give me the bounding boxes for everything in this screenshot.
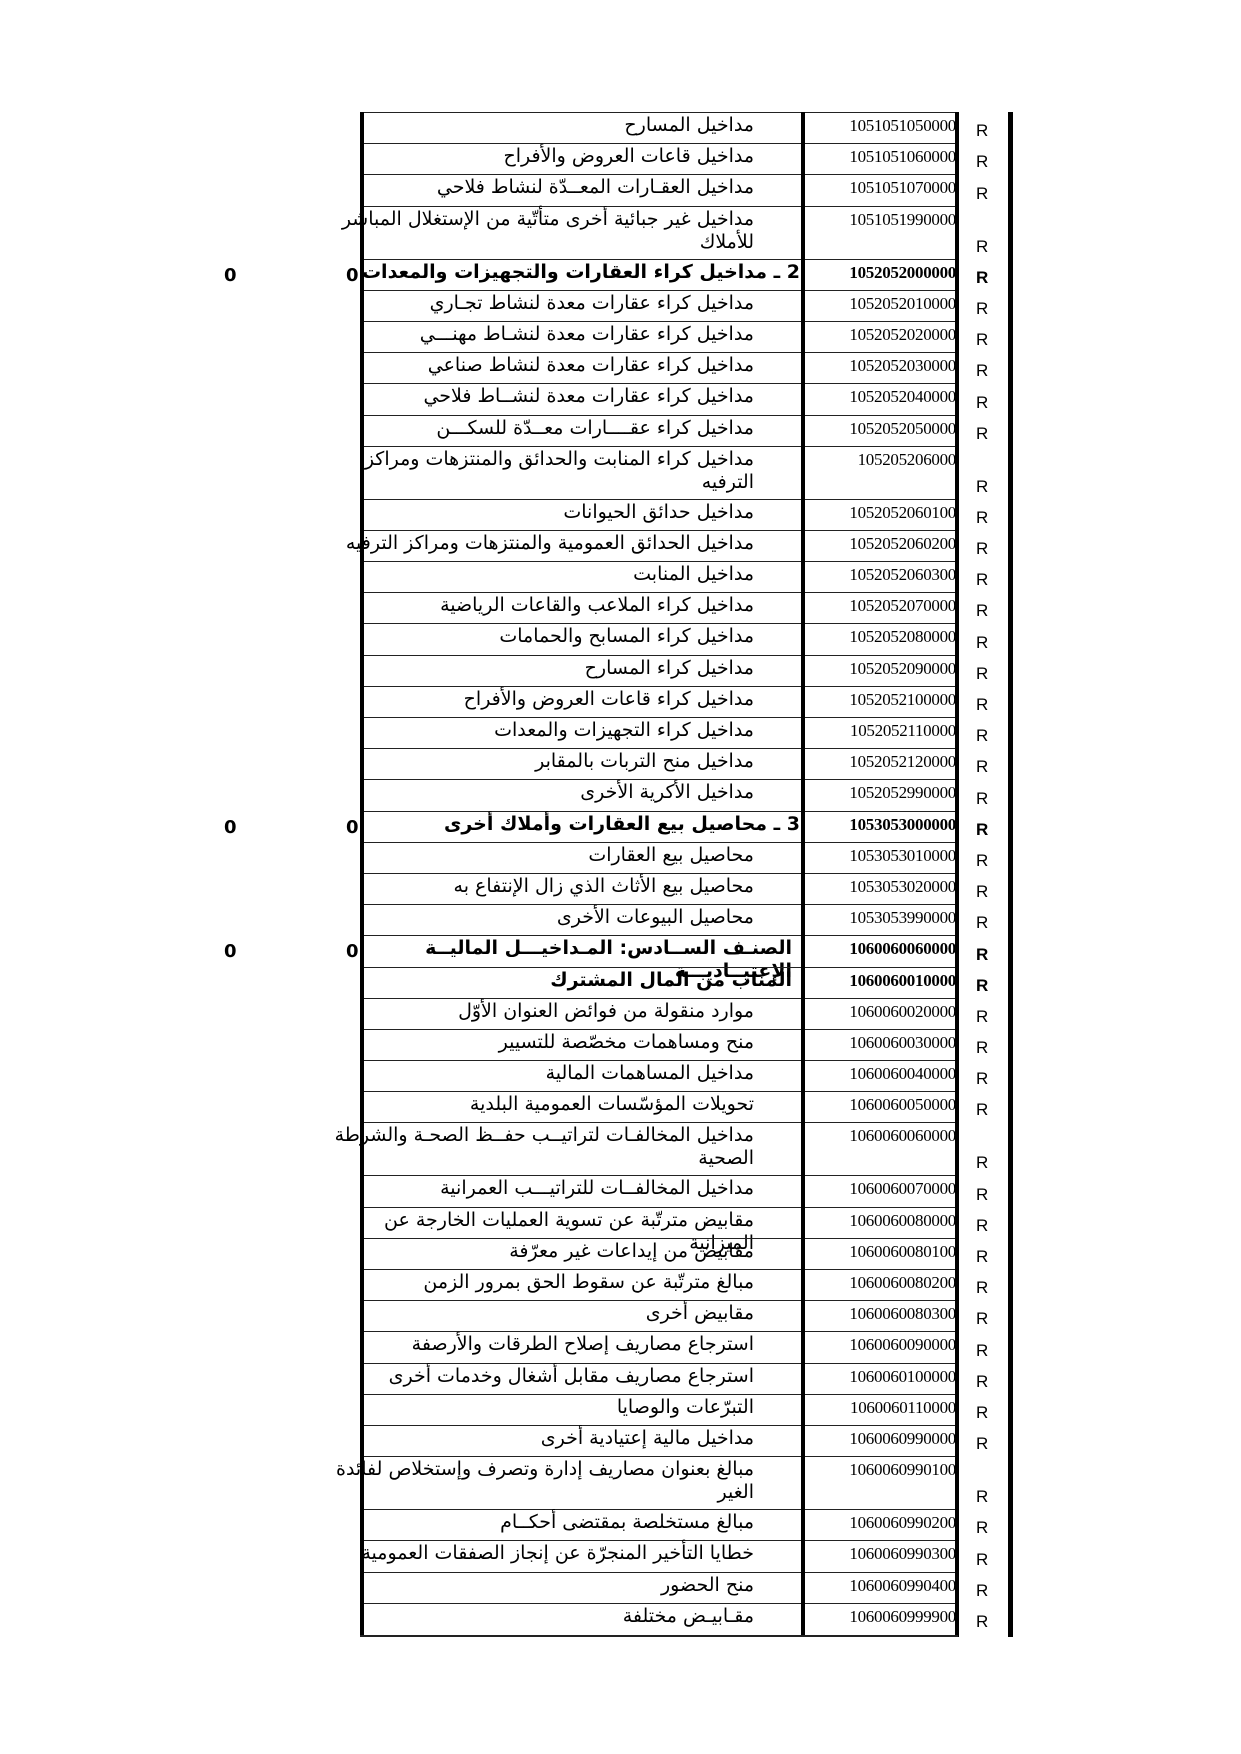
row-code: 1060060990300 — [849, 1544, 956, 1564]
code-cell: 1060060040000 — [804, 1060, 958, 1091]
row-flag: R — [976, 1518, 988, 1538]
row-flag: R — [976, 1403, 988, 1423]
label-cell: 2 ـ مداخيل كراء العقارات والتجهيزات والم… — [362, 259, 802, 290]
code-cell: 1060060110000 — [804, 1394, 958, 1425]
row-code: 1060060990400 — [849, 1576, 956, 1596]
table-row: مداخيل كراء عقارات معدة لنشاط تجـاري 105… — [0, 290, 1241, 321]
code-cell: 1060060020000 — [804, 998, 958, 1029]
row-code: 1060060010000 — [849, 971, 956, 991]
label-cell: مقابيض من إيداعات غير معرّفة — [362, 1238, 802, 1269]
row-code: 1052052040000 — [849, 387, 956, 407]
row-label: مداخيل كراء عقارات معدة لنشــاط فلاحي — [334, 385, 754, 408]
row-label: منح الحضور — [334, 1574, 754, 1597]
row-flag: R — [976, 184, 988, 204]
table-row: مداخيل المخالفــات للتراتيـــب العمرانية… — [0, 1175, 1241, 1206]
table-row: مداخيل مالية إعتيادية أخرى 1060060990000… — [0, 1425, 1241, 1456]
row-flag: R — [976, 1153, 988, 1173]
row-label: مداخيل المخالفـات لتراتيــب حفــظ الصحـة… — [334, 1124, 754, 1170]
row-code: 1060060080300 — [849, 1304, 956, 1324]
code-cell: 1051051990000 — [804, 206, 958, 259]
row-label: مداخيل كراء الملاعب والقاعات الرياضية — [334, 594, 754, 617]
row-flag: R — [976, 1278, 988, 1298]
code-cell: 1053053990000 — [804, 904, 958, 935]
table-row: مداخيل حدائق الحيوانات 1052052060100 R — [0, 499, 1241, 530]
table-row: مقابيض من إيداعات غير معرّفة 10600600801… — [0, 1238, 1241, 1269]
label-cell: مداخيل منح التربات بالمقابر — [362, 748, 802, 779]
row-flag: R — [976, 1487, 988, 1507]
row-flag: R — [976, 237, 988, 257]
label-cell: مداخيل غير جبائية أخرى متأتّية من الإستغ… — [362, 206, 802, 259]
row-flag: R — [976, 1100, 988, 1120]
row-code: 1060060040000 — [849, 1064, 956, 1084]
row-label: مداخيل غير جبائية أخرى متأتّية من الإستغ… — [334, 208, 754, 254]
code-cell: 1053053020000 — [804, 873, 958, 904]
label-cell: محاصيل البيوعات الأخرى — [362, 904, 802, 935]
row-code: 1060060080200 — [849, 1273, 956, 1293]
subtotal-zero: 0 — [346, 941, 359, 962]
table-row: مداخيل كراء عقــــارات معــدّة للسكـــن … — [0, 415, 1241, 446]
subtotal-zero: 0 — [224, 817, 237, 838]
row-label: محاصيل بيع الأثاث الذي زال الإنتفاع به — [334, 875, 754, 898]
row-code: 1053053020000 — [849, 877, 956, 897]
row-flag: R — [976, 299, 988, 319]
row-flag: R — [976, 633, 988, 653]
table-row: مداخيل المنابت 1052052060300 R — [0, 561, 1241, 592]
row-flag: R — [976, 1216, 988, 1236]
code-cell: 1051051050000 — [804, 112, 958, 143]
row-label: منح ومساهمات مخصّصة للتسيير — [334, 1031, 754, 1054]
table-row: مداخيل منح التربات بالمقابر 105205212000… — [0, 748, 1241, 779]
code-cell: 1060060080300 — [804, 1300, 958, 1331]
table-row: التبرّعات والوصايا 1060060110000 R — [0, 1394, 1241, 1425]
label-cell: منح الحضور — [362, 1572, 802, 1603]
table-row: استرجاع مصاريف مقابل أشغال وخدمات أخرى 1… — [0, 1363, 1241, 1394]
row-flag: R — [976, 1550, 988, 1570]
row-label: مداخيل المسارح — [334, 114, 754, 137]
row-flag: R — [976, 1581, 988, 1601]
row-label: المناب من المال المشترك — [352, 969, 792, 992]
row-flag: R — [976, 1069, 988, 1089]
row-code: 1060060060000 — [849, 1126, 956, 1146]
row-label: مداخيل كراء عقارات معدة لنشاط تجـاري — [334, 292, 754, 315]
row-label: التبرّعات والوصايا — [334, 1396, 754, 1419]
code-cell: 1051051070000 — [804, 174, 958, 205]
row-flag: R — [976, 1309, 988, 1329]
row-flag: R — [976, 508, 988, 528]
row-code: 1051051060000 — [849, 147, 956, 167]
row-flag: R — [976, 1434, 988, 1454]
code-cell: 1060060990400 — [804, 1572, 958, 1603]
row-label: مداخيل كراء عقــــارات معــدّة للسكـــن — [334, 417, 754, 440]
row-code: 1052052110000 — [850, 721, 956, 741]
row-code: 1052052050000 — [849, 419, 956, 439]
row-label: مقابيض أخرى — [334, 1302, 754, 1325]
table-row: مبالغ مستخلصة بمقتضى أحكــام 10600609902… — [0, 1509, 1241, 1540]
row-label: محاصيل البيوعات الأخرى — [334, 906, 754, 929]
row-flag: R — [976, 121, 988, 141]
code-cell: 1060060010000 — [804, 967, 958, 998]
label-cell: مقابيض أخرى — [362, 1300, 802, 1331]
row-flag: R — [976, 570, 988, 590]
row-code: 1052052090000 — [849, 659, 956, 679]
row-flag: R — [976, 1007, 988, 1027]
label-cell: مداخيل كراء عقارات معدة لنشاط تجـاري — [362, 290, 802, 321]
code-cell: 1060060030000 — [804, 1029, 958, 1060]
row-label: مبالغ مستخلصة بمقتضى أحكــام — [334, 1511, 754, 1534]
row-code: 1052052020000 — [849, 325, 956, 345]
subtotal-zero: 0 — [224, 265, 237, 286]
table-row: خطايا التأخير المنجرّة عن إنجاز الصفقات … — [0, 1540, 1241, 1571]
row-code: 1060060110000 — [850, 1398, 956, 1418]
table-row: مداخيل كراء المسابح والحمامات 1052052080… — [0, 623, 1241, 654]
label-cell: محاصيل بيع الأثاث الذي زال الإنتفاع به — [362, 873, 802, 904]
row-flag: R — [976, 330, 988, 350]
label-cell: مبالغ مترتّبة عن سقوط الحق بمرور الزمن — [362, 1269, 802, 1300]
row-code: 1060060050000 — [849, 1095, 956, 1115]
row-flag: R — [976, 726, 988, 746]
row-flag: R — [976, 393, 988, 413]
code-cell: 1052052020000 — [804, 321, 958, 352]
code-cell: 1060060070000 — [804, 1175, 958, 1206]
subtotal-zero: 0 — [346, 265, 359, 286]
row-code: 1060060080100 — [849, 1242, 956, 1262]
table-row: مداخيل كراء عقارات معدة لنشــاط فلاحي 10… — [0, 383, 1241, 414]
label-cell: مداخيل المساهمات المالية — [362, 1060, 802, 1091]
label-cell: مبالغ بعنوان مصاريف إدارة وتصرف وإستخلاص… — [362, 1456, 802, 1509]
row-flag: R — [976, 268, 988, 288]
table-row: مداخيل كراء عقارات معدة لنشـاط مهنـــي 1… — [0, 321, 1241, 352]
table-row: 3 ـ محاصيل بيع العقارات وأملاك أخرى 1053… — [0, 811, 1241, 842]
label-cell: مداخيل المنابت — [362, 561, 802, 592]
table-row: مداخيل المساهمات المالية 1060060040000 R — [0, 1060, 1241, 1091]
row-label: خطايا التأخير المنجرّة عن إنجاز الصفقات … — [334, 1542, 754, 1565]
label-cell: الصنـف الســادس: المـداخيـــل الماليــة … — [362, 935, 802, 966]
row-code: 1051051050000 — [849, 116, 956, 136]
code-cell: 1052052070000 — [804, 592, 958, 623]
code-cell: 1060060050000 — [804, 1091, 958, 1122]
row-code: 1052052030000 — [849, 356, 956, 376]
code-cell: 1052052080000 — [804, 623, 958, 654]
table-row: مبالغ بعنوان مصاريف إدارة وتصرف وإستخلاص… — [0, 1456, 1241, 1509]
row-label: مداخيل كراء المنابت والحدائق والمنتزهات … — [334, 448, 754, 494]
label-cell: مداخيل الأكرية الأخرى — [362, 779, 802, 810]
row-label: مداخيل كراء المسارح — [334, 657, 754, 680]
code-cell: 1060060080000 — [804, 1207, 958, 1238]
row-label: مقـابيـض مختلفة — [334, 1605, 754, 1628]
row-flag: R — [976, 851, 988, 871]
code-cell: 1052052090000 — [804, 655, 958, 686]
row-code: 1060060080000 — [849, 1211, 956, 1231]
row-flag: R — [976, 945, 988, 965]
row-code: 1052052120000 — [849, 752, 956, 772]
table-row: مبالغ مترتّبة عن سقوط الحق بمرور الزمن 1… — [0, 1269, 1241, 1300]
row-code: 1060060030000 — [849, 1033, 956, 1053]
row-label: مداخيل كراء قاعات العروض والأفراح — [334, 688, 754, 711]
row-flag: R — [976, 664, 988, 684]
row-code: 1052052060100 — [849, 503, 956, 523]
table-row: 2 ـ مداخيل كراء العقارات والتجهيزات والم… — [0, 259, 1241, 290]
code-cell: 1051051060000 — [804, 143, 958, 174]
row-flag: R — [976, 695, 988, 715]
code-cell: 1052052050000 — [804, 415, 958, 446]
label-cell: مداخيل المخالفـات لتراتيــب حفــظ الصحـة… — [362, 1122, 802, 1175]
code-cell: 1052052010000 — [804, 290, 958, 321]
table-row: مداخيل غير جبائية أخرى متأتّية من الإستغ… — [0, 206, 1241, 259]
row-flag: R — [976, 820, 988, 840]
table-row: مقـابيـض مختلفة 1060060999900 R — [0, 1603, 1241, 1634]
row-label: مداخيل حدائق الحيوانات — [334, 501, 754, 524]
code-cell: 1052052120000 — [804, 748, 958, 779]
code-cell: 1052052030000 — [804, 352, 958, 383]
row-code: 1053053010000 — [849, 846, 956, 866]
row-code: 1052052990000 — [849, 783, 956, 803]
row-flag: R — [976, 152, 988, 172]
row-code: 1060060990100 — [849, 1460, 956, 1480]
code-cell: 1052052040000 — [804, 383, 958, 414]
label-cell: تحويلات المؤسّسات العمومية البلدية — [362, 1091, 802, 1122]
row-code: 1060060020000 — [849, 1002, 956, 1022]
row-code: 1053053990000 — [849, 908, 956, 928]
table-row: مداخيل الأكرية الأخرى 1052052990000 R — [0, 779, 1241, 810]
row-flag: R — [976, 1612, 988, 1632]
row-label: 3 ـ محاصيل بيع العقارات وأملاك أخرى — [360, 813, 800, 836]
row-flag: R — [976, 882, 988, 902]
row-label: مقابيض من إيداعات غير معرّفة — [334, 1240, 754, 1263]
code-cell: 1053053000000 — [804, 811, 958, 842]
row-code: 1052052080000 — [849, 627, 956, 647]
code-cell: 1060060990100 — [804, 1456, 958, 1509]
table-row: محاصيل بيع العقارات 1053053010000 R — [0, 842, 1241, 873]
row-label: استرجاع مصاريف مقابل أشغال وخدمات أخرى — [334, 1365, 754, 1388]
row-flag: R — [976, 601, 988, 621]
table-row: مداخيل المخالفـات لتراتيــب حفــظ الصحـة… — [0, 1122, 1241, 1175]
code-cell: 1060060999900 — [804, 1603, 958, 1634]
row-label: مداخيل كراء المسابح والحمامات — [334, 625, 754, 648]
row-flag: R — [976, 757, 988, 777]
label-cell: مداخيل المخالفــات للتراتيـــب العمرانية — [362, 1175, 802, 1206]
row-label: مبالغ مترتّبة عن سقوط الحق بمرور الزمن — [334, 1271, 754, 1294]
label-cell: مقابيض مترتّبة عن تسوية العمليات الخارجة… — [362, 1207, 802, 1238]
label-cell: مداخيل قاعات العروض والأفراح — [362, 143, 802, 174]
label-code-divider — [801, 112, 805, 1637]
label-cell: مداخيل كراء عقارات معدة لنشــاط فلاحي — [362, 383, 802, 414]
row-label: مبالغ بعنوان مصاريف إدارة وتصرف وإستخلاص… — [334, 1458, 754, 1504]
row-flag: R — [976, 789, 988, 809]
table-row: مقابيض مترتّبة عن تسوية العمليات الخارجة… — [0, 1207, 1241, 1238]
label-cell: مداخيل الحدائق العمومية والمنتزهات ومراك… — [362, 530, 802, 561]
code-cell: 1060060090000 — [804, 1331, 958, 1362]
code-cell: 1052052060300 — [804, 561, 958, 592]
code-cell: 1052052110000 — [804, 717, 958, 748]
row-flag: R — [976, 1038, 988, 1058]
code-cell: 1060060060000 — [804, 1122, 958, 1175]
subtotal-zero: 0 — [224, 941, 237, 962]
table-row: مداخيل كراء المنابت والحدائق والمنتزهات … — [0, 446, 1241, 499]
row-label: مداخيل المخالفــات للتراتيـــب العمرانية — [334, 1177, 754, 1200]
table-row: محاصيل البيوعات الأخرى 1053053990000 R — [0, 904, 1241, 935]
label-cell: مداخيل كراء عقــــارات معــدّة للسكـــن — [362, 415, 802, 446]
row-code: 1060060990200 — [849, 1513, 956, 1533]
row-label: تحويلات المؤسّسات العمومية البلدية — [334, 1093, 754, 1116]
label-cell: مداخيل كراء التجهيزات والمعدات — [362, 717, 802, 748]
row-label: مداخيل كراء التجهيزات والمعدات — [334, 719, 754, 742]
label-cell: المناب من المال المشترك — [362, 967, 802, 998]
table-row: مداخيل العقـارات المعــدّة لنشاط فلاحي 1… — [0, 174, 1241, 205]
table-row: مقابيض أخرى 1060060080300 R — [0, 1300, 1241, 1331]
label-cell: محاصيل بيع العقارات — [362, 842, 802, 873]
label-cell: مداخيل كراء المسارح — [362, 655, 802, 686]
label-cell: مداخيل المسارح — [362, 112, 802, 143]
code-cell: 1052052000000 — [804, 259, 958, 290]
table-row: مداخيل قاعات العروض والأفراح 10510510600… — [0, 143, 1241, 174]
code-cell: 1060060990200 — [804, 1509, 958, 1540]
table-row: الصنـف الســادس: المـداخيـــل الماليــة … — [0, 935, 1241, 966]
row-code: 1052052010000 — [849, 294, 956, 314]
label-cell: مبالغ مستخلصة بمقتضى أحكــام — [362, 1509, 802, 1540]
table-row: مداخيل المسارح 1051051050000 R — [0, 112, 1241, 143]
code-cell: 1060060990000 — [804, 1425, 958, 1456]
row-code: 1051051990000 — [849, 210, 956, 230]
row-code: 1060060060000 — [849, 939, 956, 959]
label-cell: منح ومساهمات مخصّصة للتسيير — [362, 1029, 802, 1060]
label-cell: 3 ـ محاصيل بيع العقارات وأملاك أخرى — [362, 811, 802, 842]
label-cell: مداخيل كراء عقارات معدة لنشاط صناعي — [362, 352, 802, 383]
row-code: 105205206000 — [858, 450, 956, 470]
row-code: 1052052100000 — [849, 690, 956, 710]
row-code: 1060060990000 — [849, 1429, 956, 1449]
label-cell: خطايا التأخير المنجرّة عن إنجاز الصفقات … — [362, 1540, 802, 1571]
row-label: مداخيل قاعات العروض والأفراح — [334, 145, 754, 168]
row-label: مداخيل منح التربات بالمقابر — [334, 750, 754, 773]
row-code: 1052052070000 — [849, 596, 956, 616]
label-cell: مداخيل حدائق الحيوانات — [362, 499, 802, 530]
label-cell: مداخيل كراء عقارات معدة لنشـاط مهنـــي — [362, 321, 802, 352]
label-cell: مداخيل العقـارات المعــدّة لنشاط فلاحي — [362, 174, 802, 205]
row-flag: R — [976, 424, 988, 444]
label-cell: مقـابيـض مختلفة — [362, 1603, 802, 1634]
table-row: مداخيل كراء عقارات معدة لنشاط صناعي 1052… — [0, 352, 1241, 383]
code-cell: 1060060060000 — [804, 935, 958, 966]
code-column-right-border — [955, 112, 959, 1637]
row-label: موارد منقولة من فوائض العنوان الأوّل — [334, 1000, 754, 1023]
table-row: منح ومساهمات مخصّصة للتسيير 106006003000… — [0, 1029, 1241, 1060]
label-cell: مداخيل كراء المنابت والحدائق والمنتزهات … — [362, 446, 802, 499]
code-cell: 105205206000 — [804, 446, 958, 499]
row-flag: R — [976, 976, 988, 996]
label-cell: مداخيل كراء قاعات العروض والأفراح — [362, 686, 802, 717]
code-cell: 1060060080200 — [804, 1269, 958, 1300]
label-cell: التبرّعات والوصايا — [362, 1394, 802, 1425]
label-cell: استرجاع مصاريف إصلاح الطرقات والأرصفة — [362, 1331, 802, 1362]
table-row: مداخيل كراء المسارح 1052052090000 R — [0, 655, 1241, 686]
row-label: محاصيل بيع العقارات — [334, 844, 754, 867]
row-label: مداخيل كراء عقارات معدة لنشـاط مهنـــي — [334, 323, 754, 346]
row-code: 1060060100000 — [849, 1367, 956, 1387]
table-row: استرجاع مصاريف إصلاح الطرقات والأرصفة 10… — [0, 1331, 1241, 1362]
row-flag: R — [976, 913, 988, 933]
code-cell: 1052052990000 — [804, 779, 958, 810]
row-flag: R — [976, 1372, 988, 1392]
row-label: استرجاع مصاريف إصلاح الطرقات والأرصفة — [334, 1333, 754, 1356]
table-row: منح الحضور 1060060990400 R — [0, 1572, 1241, 1603]
row-label: مداخيل الأكرية الأخرى — [334, 781, 754, 804]
code-cell: 1060060990300 — [804, 1540, 958, 1571]
outer-right-border — [1008, 112, 1013, 1637]
row-code: 1051051070000 — [849, 178, 956, 198]
row-label: 2 ـ مداخيل كراء العقارات والتجهيزات والم… — [360, 261, 800, 284]
code-cell: 1060060080100 — [804, 1238, 958, 1269]
table-row: مداخيل الحدائق العمومية والمنتزهات ومراك… — [0, 530, 1241, 561]
code-cell: 1053053010000 — [804, 842, 958, 873]
table-row: تحويلات المؤسّسات العمومية البلدية 10600… — [0, 1091, 1241, 1122]
table-row: المناب من المال المشترك 1060060010000 R — [0, 967, 1241, 998]
table-left-border — [360, 112, 364, 1637]
table-row: مداخيل كراء قاعات العروض والأفراح 105205… — [0, 686, 1241, 717]
code-cell: 1052052100000 — [804, 686, 958, 717]
row-flag: R — [976, 1185, 988, 1205]
row-flag: R — [976, 361, 988, 381]
table-row: مداخيل كراء التجهيزات والمعدات 105205211… — [0, 717, 1241, 748]
row-label: مداخيل مالية إعتيادية أخرى — [334, 1427, 754, 1450]
row-code: 1060060070000 — [849, 1179, 956, 1199]
row-flag: R — [976, 1247, 988, 1267]
row-label: مداخيل الحدائق العمومية والمنتزهات ومراك… — [334, 532, 754, 555]
row-code: 1052052000000 — [849, 263, 956, 283]
row-label: مداخيل المنابت — [334, 563, 754, 586]
row-code: 1052052060300 — [849, 565, 956, 585]
row-code: 1060060999900 — [849, 1607, 956, 1627]
row-flag: R — [976, 539, 988, 559]
row-code: 1052052060200 — [849, 534, 956, 554]
table-bottom-border — [360, 1635, 958, 1637]
code-cell: 1060060100000 — [804, 1363, 958, 1394]
table-row: محاصيل بيع الأثاث الذي زال الإنتفاع به 1… — [0, 873, 1241, 904]
label-cell: استرجاع مصاريف مقابل أشغال وخدمات أخرى — [362, 1363, 802, 1394]
row-flag: R — [976, 1341, 988, 1361]
row-code: 1053053000000 — [849, 815, 956, 835]
code-cell: 1052052060100 — [804, 499, 958, 530]
subtotal-zero: 0 — [346, 817, 359, 838]
table-row: مداخيل كراء الملاعب والقاعات الرياضية 10… — [0, 592, 1241, 623]
label-cell: مداخيل كراء الملاعب والقاعات الرياضية — [362, 592, 802, 623]
code-cell: 1052052060200 — [804, 530, 958, 561]
row-code: 1060060090000 — [849, 1335, 956, 1355]
table-row: موارد منقولة من فوائض العنوان الأوّل 106… — [0, 998, 1241, 1029]
label-cell: مداخيل مالية إعتيادية أخرى — [362, 1425, 802, 1456]
label-cell: مداخيل كراء المسابح والحمامات — [362, 623, 802, 654]
label-cell: موارد منقولة من فوائض العنوان الأوّل — [362, 998, 802, 1029]
budget-table: مداخيل المسارح 1051051050000 R مداخيل قا… — [0, 112, 1241, 1634]
row-label: مداخيل كراء عقارات معدة لنشاط صناعي — [334, 354, 754, 377]
row-label: مداخيل المساهمات المالية — [334, 1062, 754, 1085]
row-flag: R — [976, 477, 988, 497]
row-label: مداخيل العقـارات المعــدّة لنشاط فلاحي — [334, 176, 754, 199]
